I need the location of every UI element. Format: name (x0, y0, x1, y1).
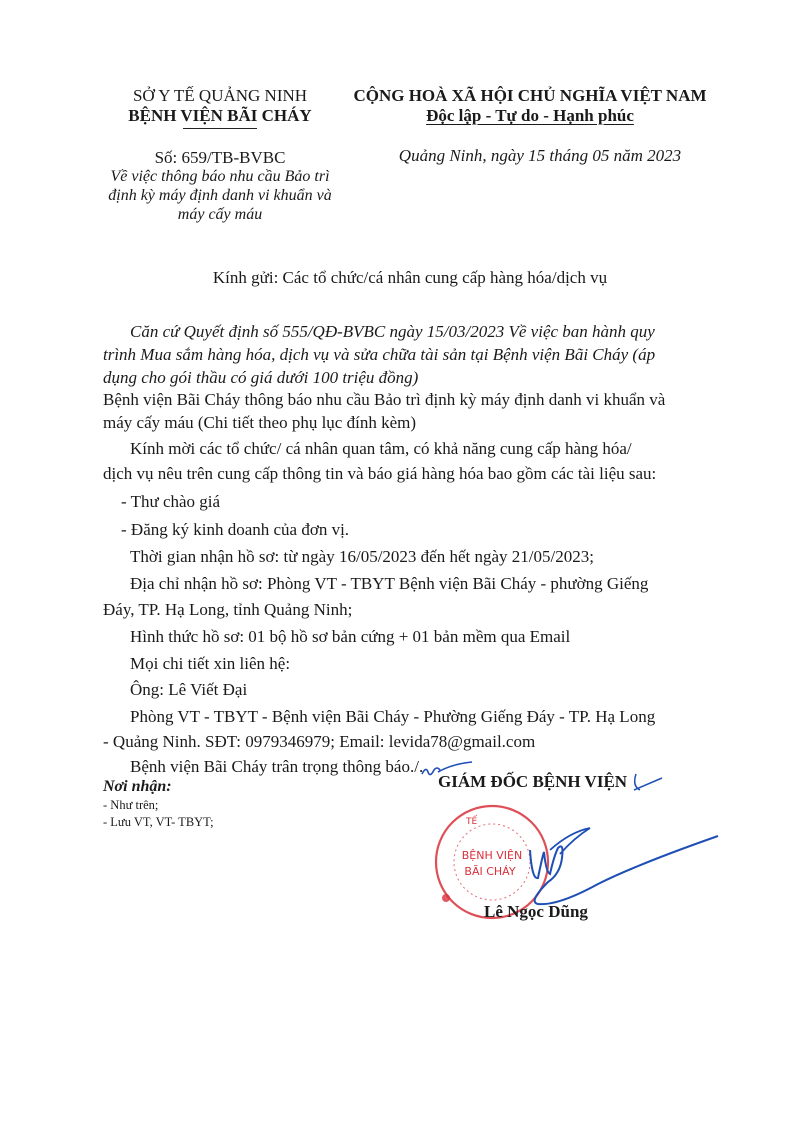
signer-name: Lê Ngọc Dũng (484, 902, 588, 922)
subject-line-2: định kỳ máy định danh vi khuẩn và (90, 187, 350, 205)
recipient-item-2: - Lưu VT, VT- TBYT; (103, 815, 214, 830)
place-date: Quảng Ninh, ngày 15 tháng 05 năm 2023 (350, 146, 730, 166)
signer-position: GIÁM ĐỐC BỆNH VIỆN (438, 772, 627, 792)
recipient-item-1: - Như trên; (103, 798, 158, 813)
contact-address-1: Phòng VT - TBYT - Bệnh viện Bãi Cháy - P… (130, 705, 655, 728)
receive-time: Thời gian nhận hồ sơ: từ ngày 16/05/2023… (130, 545, 594, 568)
motto-text: Độc lập - Tự do - Hạnh phúc (426, 106, 634, 125)
body-line-2: máy cấy máu (Chi tiết theo phụ lục đính … (103, 411, 416, 434)
body-line-1: Bệnh viện Bãi Cháy thông báo nhu cầu Bảo… (103, 388, 665, 411)
basis-line-3: dụng cho gói thầu có giá dưới 100 triệu … (103, 366, 418, 389)
ministry-name: SỞ Y TẾ QUẢNG NINH (90, 86, 350, 106)
body-line-4: dịch vụ nêu trên cung cấp thông tin và b… (103, 462, 656, 485)
contact-person: Ông: Lê Viết Đại (130, 678, 247, 701)
hospital-name: BỆNH VIỆN BÃI CHÁY (90, 106, 350, 126)
position-initial-icon (628, 768, 668, 798)
nation-title: CỘNG HOÀ XÃ HỘI CHỦ NGHĨA VIỆT NAM (340, 86, 720, 106)
subject-line-3: máy cấy máu (90, 206, 350, 224)
stamp-text-top: TẾ (465, 815, 477, 827)
basis-line-1: Căn cứ Quyết định số 555/QĐ-BVBC ngày 15… (130, 320, 655, 343)
document-number: Số: 659/TB-BVBC (90, 148, 350, 168)
list-item-quote: - Thư chào giá (121, 490, 220, 513)
subject-line-1: Về việc thông báo nhu cầu Bảo trì (90, 168, 350, 186)
motto: Độc lập - Tự do - Hạnh phúc (340, 106, 720, 126)
list-item-business-reg: - Đăng ký kinh doanh của đơn vị. (121, 518, 349, 541)
basis-line-2: trình Mua sắm hàng hóa, dịch vụ và sửa c… (103, 343, 655, 366)
salutation: Kính gửi: Các tổ chức/cá nhân cung cấp h… (90, 268, 730, 288)
closing-line: Bệnh viện Bãi Cháy trân trọng thông báo.… (130, 755, 423, 778)
hospital-underline (183, 128, 257, 129)
address-line-1: Địa chỉ nhận hồ sơ: Phòng VT - TBYT Bệnh… (130, 572, 648, 595)
contact-intro: Mọi chi tiết xin liên hệ: (130, 652, 290, 675)
body-line-3: Kính mời các tổ chức/ cá nhân quan tâm, … (130, 437, 632, 460)
submission-form: Hình thức hồ sơ: 01 bộ hồ sơ bản cứng + … (130, 625, 570, 648)
contact-address-2: - Quảng Ninh. SĐT: 0979346979; Email: le… (103, 730, 535, 753)
address-line-2: Đáy, TP. Hạ Long, tỉnh Quảng Ninh; (103, 598, 352, 621)
recipients-title: Nơi nhận: (103, 778, 172, 796)
